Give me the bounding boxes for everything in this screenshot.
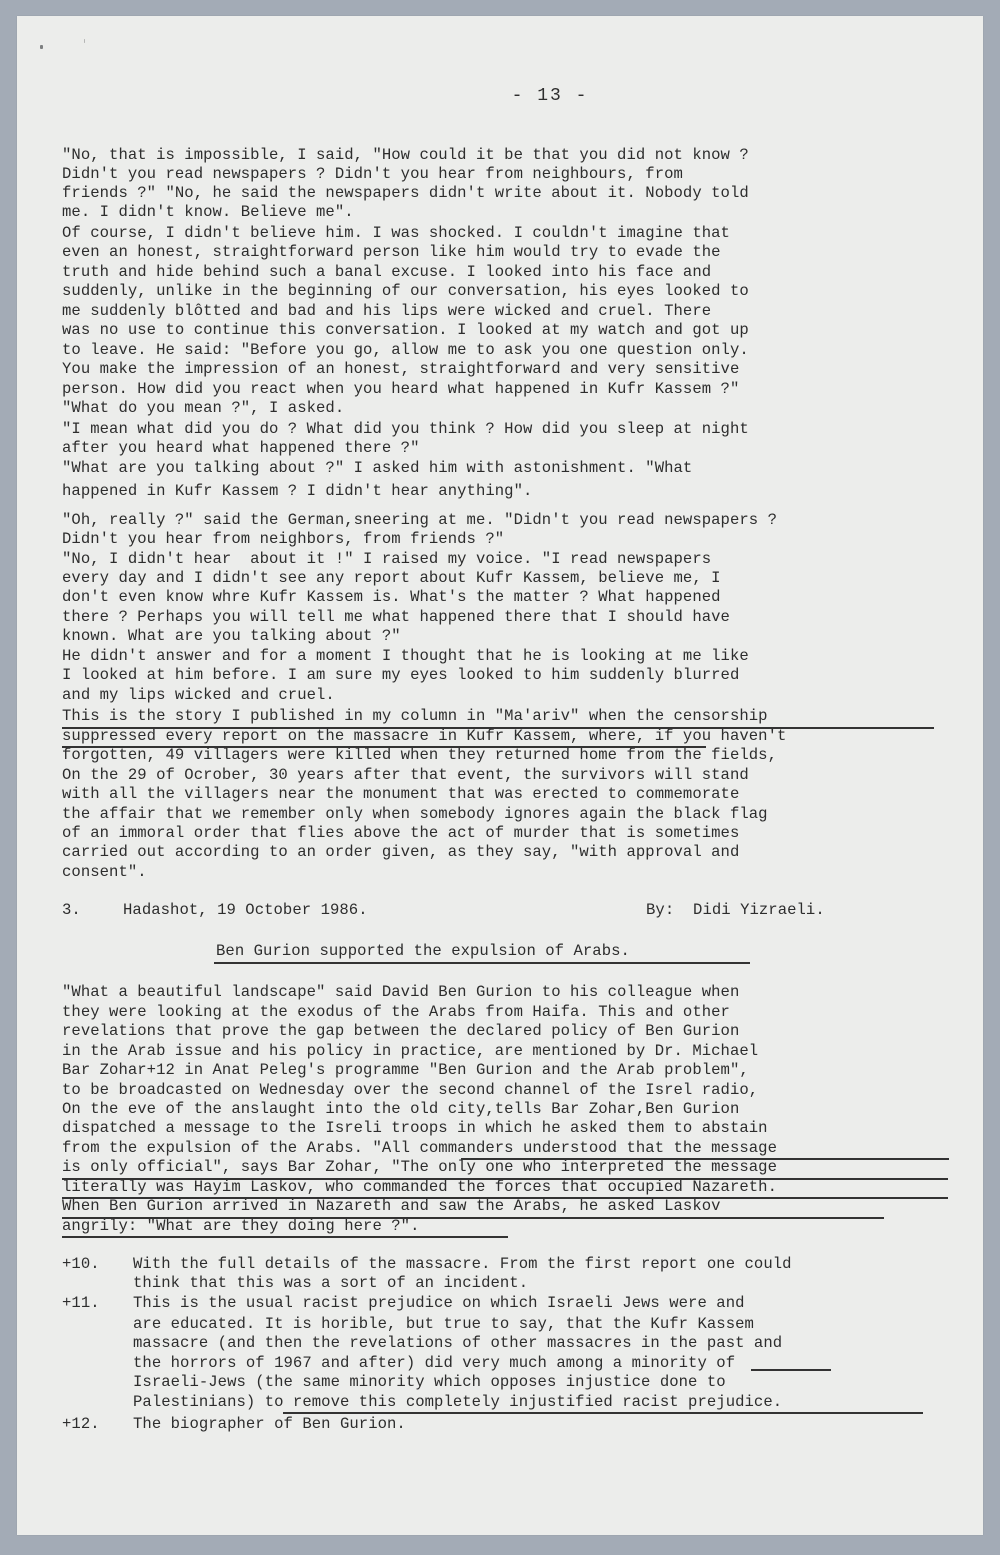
underline-mark — [461, 1158, 949, 1160]
underline-mark — [62, 1178, 948, 1180]
text-line: of an immoral order that flies above the… — [62, 824, 739, 843]
footnote-text: The biographer of Ben Gurion. — [133, 1415, 406, 1434]
title-underline — [214, 962, 750, 964]
underline-mark — [62, 727, 934, 729]
footnote-marker: +11. — [62, 1294, 100, 1313]
text-line: Didn't you read newspapers ? Didn't you … — [62, 165, 683, 184]
text-line: On the eve of the anslaught into the old… — [62, 1100, 739, 1119]
footnote-text: the horrors of 1967 and after) did very … — [133, 1354, 735, 1373]
article-source: Hadashot, 19 October 1986. — [123, 901, 368, 920]
footnote-text: massacre (and then the revelations of ot… — [133, 1334, 782, 1353]
footnote-text: This is the usual racist prejudice on wh… — [133, 1294, 745, 1313]
underline-mark — [62, 1217, 884, 1219]
text-line: the affair that we remember only when so… — [62, 805, 768, 824]
text-line: with all the villagers near the monument… — [62, 785, 739, 804]
text-line: after you heard what happened there ?" — [62, 439, 420, 458]
text-line: me suddenly blôtted and bad and his lips… — [62, 302, 711, 321]
text-line: they were looking at the exodus of the A… — [62, 1003, 730, 1022]
text-line: from the expulsion of the Arabs. "All co… — [62, 1139, 777, 1158]
text-line: This is the story I published in my colu… — [62, 707, 768, 726]
underline-mark — [62, 746, 706, 748]
text-line: don't even know whre Kufr Kassem is. Wha… — [62, 588, 721, 607]
footnote-text: are educated. It is horible, but true to… — [133, 1315, 754, 1334]
paper-speck — [84, 39, 85, 43]
text-line: every day and I didn't see any report ab… — [62, 569, 721, 588]
text-line: revelations that prove the gap between t… — [62, 1022, 739, 1041]
underline-mark — [62, 1236, 508, 1238]
text-line: suppressed every report on the massacre … — [62, 727, 786, 746]
text-line: "What do you mean ?", I asked. — [62, 399, 344, 418]
text-line: happened in Kufr Kassem ? I didn't hear … — [62, 482, 532, 501]
text-line: When Ben Gurion arrived in Nazareth and … — [62, 1197, 721, 1216]
text-line: literally was Hayim Laskov, who commande… — [62, 1178, 777, 1197]
footnote-text: think that this was a sort of an inciden… — [133, 1274, 528, 1293]
text-line: there ? Perhaps you will tell me what ha… — [62, 608, 730, 627]
footnote-text: Palestinians) to remove this completely … — [133, 1393, 782, 1412]
text-line: is only official", says Bar Zohar, "The … — [62, 1158, 777, 1177]
text-line: Bar Zohar+12 in Anat Peleg's programme "… — [62, 1061, 749, 1080]
underline-mark — [62, 1197, 948, 1199]
text-line: dispatched a message to the Isreli troop… — [62, 1119, 768, 1138]
footnote-text: Israeli-Jews (the same minority which op… — [133, 1373, 726, 1392]
article-title: Ben Gurion supported the expulsion of Ar… — [216, 942, 630, 961]
text-line: friends ?" "No, he said the newspapers d… — [62, 184, 749, 203]
text-line: known. What are you talking about ?" — [62, 627, 401, 646]
text-line: "I mean what did you do ? What did you t… — [62, 420, 749, 439]
text-line: Of course, I didn't believe him. I was s… — [62, 224, 730, 243]
text-line: On the 29 of Ocrober, 30 years after tha… — [62, 766, 749, 785]
article-byline: By: Didi Yizraeli. — [646, 901, 825, 920]
text-line: person. How did you react when you heard… — [62, 380, 739, 399]
page-number: - 13 - — [0, 86, 1000, 106]
text-line: "Oh, really ?" said the German,sneering … — [62, 511, 777, 530]
text-line: me. I didn't know. Believe me". — [62, 203, 354, 222]
underline-mark — [751, 1369, 831, 1371]
text-line: I looked at him before. I am sure my eye… — [62, 666, 739, 685]
text-line: He didn't answer and for a moment I thou… — [62, 647, 749, 666]
text-line: forgotten, 49 villagers were killed when… — [62, 746, 777, 765]
text-line: angrily: "What are they doing here ?". — [62, 1217, 420, 1236]
text-line: You make the impression of an honest, st… — [62, 360, 739, 379]
footnote-marker: +10. — [62, 1255, 100, 1274]
footnote-text: With the full details of the massacre. F… — [133, 1255, 792, 1274]
text-line: even an honest, straightforward person l… — [62, 243, 721, 262]
text-line: carried out according to an order given,… — [62, 843, 739, 862]
text-line: in the Arab issue and his policy in prac… — [62, 1042, 758, 1061]
text-line: truth and hide behind such a banal excus… — [62, 263, 711, 282]
text-line: "What are you talking about ?" I asked h… — [62, 459, 692, 478]
text-line: and my lips wicked and cruel. — [62, 686, 335, 705]
text-line: "No, I didn't hear about it !" I raised … — [62, 550, 711, 569]
text-line: "No, that is impossible, I said, "How co… — [62, 146, 749, 165]
footnote-marker: +12. — [62, 1415, 100, 1434]
paper-speck — [40, 45, 43, 49]
text-line: Didn't you hear from neighbors, from fri… — [62, 530, 504, 549]
text-line: to be broadcasted on Wednesday over the … — [62, 1081, 758, 1100]
text-line: "What a beautiful landscape" said David … — [62, 983, 739, 1002]
text-line: suddenly, unlike in the beginning of our… — [62, 282, 749, 301]
text-line: consent". — [62, 863, 147, 882]
underline-mark — [283, 1412, 923, 1414]
text-line: was no use to continue this conversation… — [62, 321, 749, 340]
article-number: 3. — [62, 901, 81, 920]
text-line: to leave. He said: "Before you go, allow… — [62, 341, 749, 360]
